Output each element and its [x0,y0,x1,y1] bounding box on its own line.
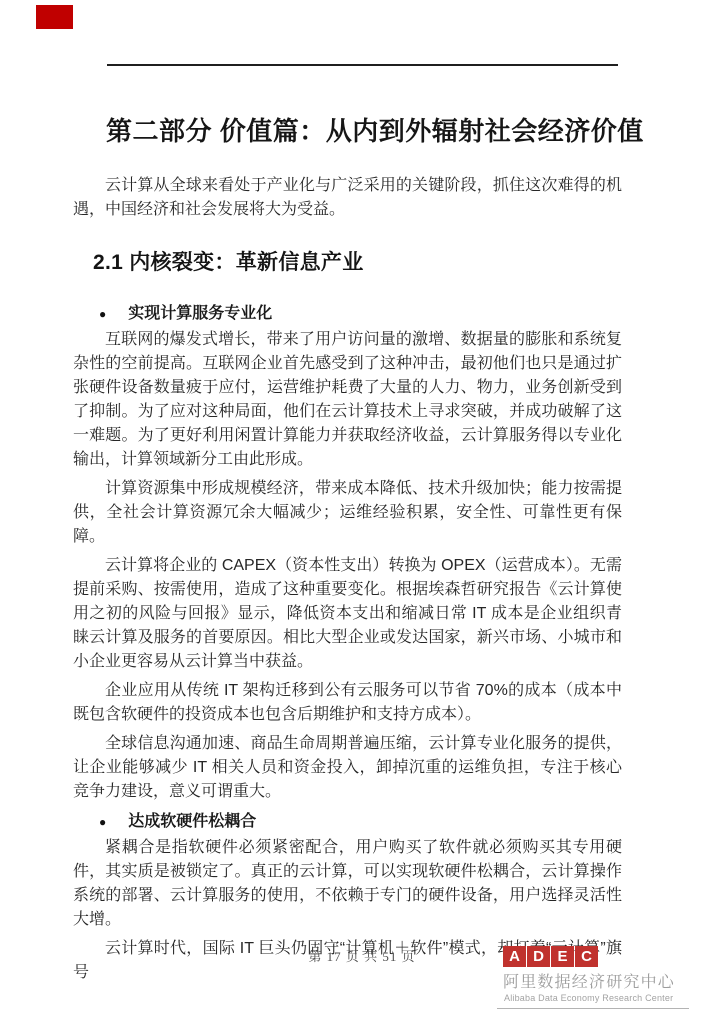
bullet-item-2: ● 达成软硬件松耦合 [99,810,622,834]
adec-logo: A D E C 阿里数据经济研究中心 Alibaba Data Economy … [497,946,689,1009]
body-paragraph: 云计算将企业的 CAPEX（资本性支出）转换为 OPEX（运营成本）。无需提前采… [73,554,622,674]
logo-english-name: Alibaba Data Economy Research Center [504,993,689,1003]
adec-letter-c: C [575,946,598,967]
adec-letter-d: D [527,946,550,967]
bullet-icon: ● [99,307,106,321]
bullet-icon: ● [99,815,106,829]
body-paragraph: 企业应用从传统 IT 架构迁移到公有云服务可以节省 70%的成本（成本中既包含软… [73,679,622,727]
adec-letter-a: A [503,946,526,967]
body-paragraph: 计算资源集中形成规模经济，带来成本降低、技术升级加快；能力按需提供，全社会计算资… [73,477,622,549]
document-page: 第二部分 价值篇：从内到外辐射社会经济价值 云计算从全球来看处于产业化与广泛采用… [0,0,724,1024]
adec-letter-e: E [551,946,574,967]
title-divider-line [107,64,618,66]
body-content: 云计算从全球来看处于产业化与广泛采用的关键阶段，抓住这次难得的机遇，中国经济和社… [73,174,622,990]
adec-letter-tiles: A D E C [503,946,689,967]
logo-chinese-name: 阿里数据经济研究中心 [503,969,689,992]
intro-paragraph: 云计算从全球来看处于产业化与广泛采用的关键阶段，抓住这次难得的机遇，中国经济和社… [73,174,622,222]
body-paragraph: 紧耦合是指软硬件必须紧密配合，用户购买了软件就必须购买其专用硬件，其实质是被锁定… [73,836,622,932]
logo-divider-line [497,1008,689,1009]
bullet-label: 实现计算服务专业化 [128,302,272,326]
bullet-item-1: ● 实现计算服务专业化 [99,302,622,326]
corner-accent-marker [36,5,73,29]
section-heading: 2.1 内核裂变：革新信息产业 [93,248,622,278]
bullet-label: 达成软硬件松耦合 [128,810,256,834]
body-paragraph: 互联网的爆发式增长，带来了用户访问量的激增、数据量的膨胀和系统复杂性的空前提高。… [73,328,622,472]
part-title: 第二部分 价值篇：从内到外辐射社会经济价值 [106,114,646,148]
body-paragraph: 全球信息沟通加速、商品生命周期普遍压缩，云计算专业化服务的提供，让企业能够减少 … [73,732,622,804]
